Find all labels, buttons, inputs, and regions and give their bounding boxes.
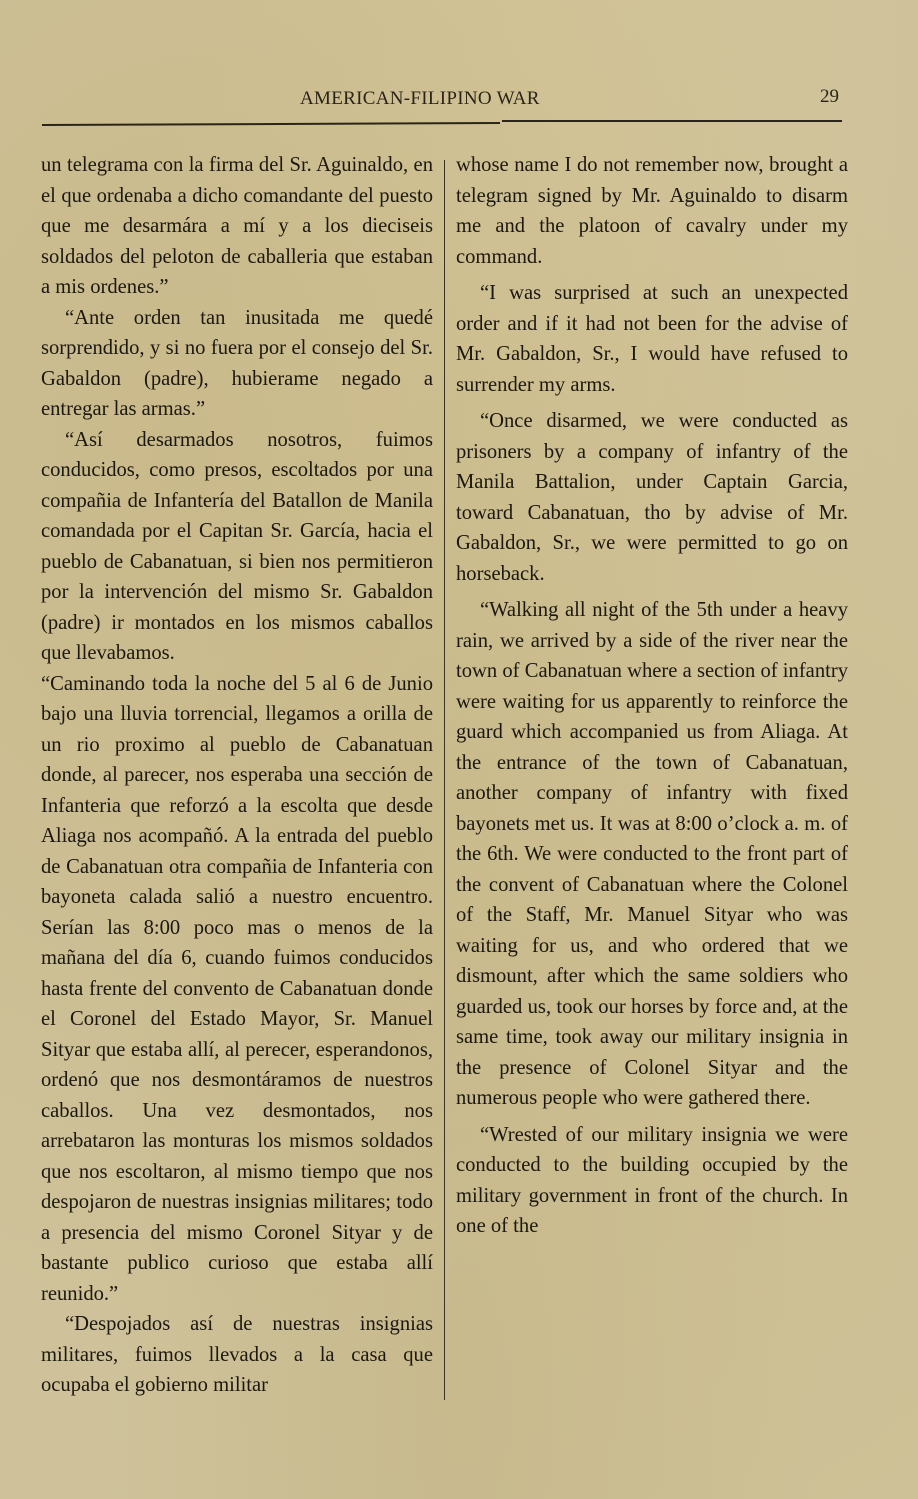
paragraph: “Wrested of our military insignia we wer…	[456, 1120, 848, 1242]
paragraph: whose name I do not remember now, brough…	[456, 150, 848, 272]
column-divider	[444, 160, 445, 1400]
paragraph: un telegrama con la firma del Sr. Aguina…	[41, 150, 433, 303]
page-header: AMERICAN-FILIPINO WAR 29	[0, 86, 918, 116]
header-rule-right	[502, 120, 842, 122]
paragraph: “Despojados así de nuestras insignias mi…	[41, 1309, 433, 1401]
page-number: 29	[820, 86, 839, 108]
paragraph: “Así desarmados nosotros, fuimos conduci…	[41, 425, 433, 669]
paragraph: “Walking all night of the 5th under a he…	[456, 595, 848, 1114]
running-title: AMERICAN-FILIPINO WAR	[300, 88, 540, 110]
paragraph: “Once disarmed, we were conducted as pri…	[456, 406, 848, 589]
english-column: whose name I do not remember now, brough…	[456, 150, 848, 1242]
spanish-column: un telegrama con la firma del Sr. Aguina…	[41, 150, 433, 1401]
paragraph: “I was surprised at such an unexpected o…	[456, 278, 848, 400]
header-rule-left	[42, 122, 500, 126]
paragraph: “Ante orden tan inusitada me quedé sorpr…	[41, 303, 433, 425]
paragraph: “Caminando toda la noche del 5 al 6 de J…	[41, 669, 433, 1310]
